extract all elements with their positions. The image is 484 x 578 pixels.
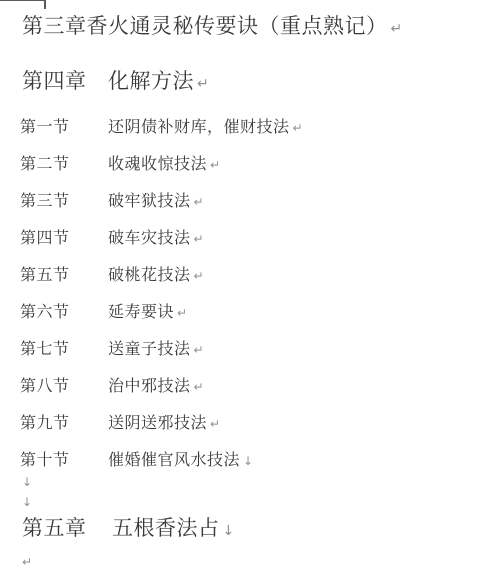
paragraph-mark-icon: ↵ [194,195,205,209]
section-title: 收魂收惊技法 [108,156,207,173]
paragraph-mark-icon: ↵ [194,269,205,283]
paragraph-mark-icon: ↵ [22,555,32,569]
section-row: 第七节 送童子技法↵ [20,341,70,359]
section-title-wrap: 延寿要诀↵ [108,304,188,322]
section-label: 第十节 [20,452,70,470]
paragraph-mark-icon: ↵ [197,76,209,92]
chapter4-label: 第四章 [22,69,87,93]
paragraph-mark-icon: ↵ [194,343,205,357]
section-row: 第五节 破桃花技法↵ [20,267,70,285]
section-label: 第八节 [20,378,70,396]
cropped-box-corner [0,0,46,9]
paragraph-mark-icon: ↵ [177,306,188,320]
chapter3-heading: 第三章香火通灵秘传要诀（重点熟记）↵ [22,14,403,38]
document-page: { "page": { "background": "#ffffff", "te… [0,0,484,578]
section-title-wrap: 治中邪技法↵ [108,378,204,396]
paragraph-mark-icon: ↵ [210,417,221,431]
section-title: 催婚催官风水技法 [108,452,240,469]
section-title: 破桃花技法 [108,267,191,284]
chapter5-heading: 第五章 五根香法占↓ [22,516,87,540]
chapter5-title: 五根香法占 [112,516,220,540]
section-row: 第四节 破车灾技法↵ [20,230,70,248]
section-title: 治中邪技法 [108,378,191,395]
section-row: 第六节 延寿要诀↵ [20,304,70,322]
section-row: 第二节 收魂收惊技法↵ [20,156,70,174]
line-break-mark-icon: ↓ [243,454,254,468]
section-label: 第一节 [20,119,70,137]
section-title-wrap: 送阴送邪技法↵ [108,415,221,433]
line-break-mark-icon: ↓ [22,495,32,509]
section-title: 还阴债补财库，催财技法 [108,119,290,136]
paragraph-mark-icon: ↵ [194,380,205,394]
section-title-wrap: 破牢狱技法↵ [108,193,204,211]
section-title-wrap: 还阴债补财库，催财技法↵ [108,119,303,137]
chapter5-label: 第五章 [22,516,87,540]
section-title: 送阴送邪技法 [108,415,207,432]
chapter4-title: 化解方法 [108,69,194,93]
section-row: 第九节 送阴送邪技法↵ [20,415,70,433]
section-label: 第五节 [20,267,70,285]
paragraph-mark-icon: ↵ [194,232,205,246]
section-title-wrap: 送童子技法↵ [108,341,204,359]
section-label: 第七节 [20,341,70,359]
section-label: 第四节 [20,230,70,248]
chapter3-text: 第三章香火通灵秘传要诀（重点熟记） [22,14,388,38]
section-label: 第六节 [20,304,70,322]
section-title-wrap: 破桃花技法↵ [108,267,204,285]
paragraph-mark-icon: ↵ [210,158,221,172]
section-title: 延寿要诀 [108,304,174,321]
section-row: 第一节 还阴债补财库，催财技法↵ [20,119,70,137]
section-row: 第八节 治中邪技法↵ [20,378,70,396]
section-title: 送童子技法 [108,341,191,358]
section-label: 第三节 [20,193,70,211]
section-label: 第九节 [20,415,70,433]
section-title-wrap: 收魂收惊技法↵ [108,156,221,174]
chapter4-heading: 第四章 化解方法↵ [22,69,87,93]
section-title-wrap: 催婚催官风水技法↓ [108,452,254,470]
section-row: 第十节 催婚催官风水技法↓ [20,452,70,470]
chapter4-title-wrap: 化解方法↵ [108,69,209,93]
section-label: 第二节 [20,156,70,174]
section-title: 破牢狱技法 [108,193,191,210]
line-break-mark-icon: ↓ [223,523,235,539]
section-title: 破车灾技法 [108,230,191,247]
chapter5-title-wrap: 五根香法占↓ [112,516,235,540]
paragraph-mark-icon: ↵ [391,21,403,37]
line-break-mark-icon: ↓ [22,475,32,489]
section-row: 第三节 破牢狱技法↵ [20,193,70,211]
paragraph-mark-icon: ↵ [293,121,304,135]
section-title-wrap: 破车灾技法↵ [108,230,204,248]
